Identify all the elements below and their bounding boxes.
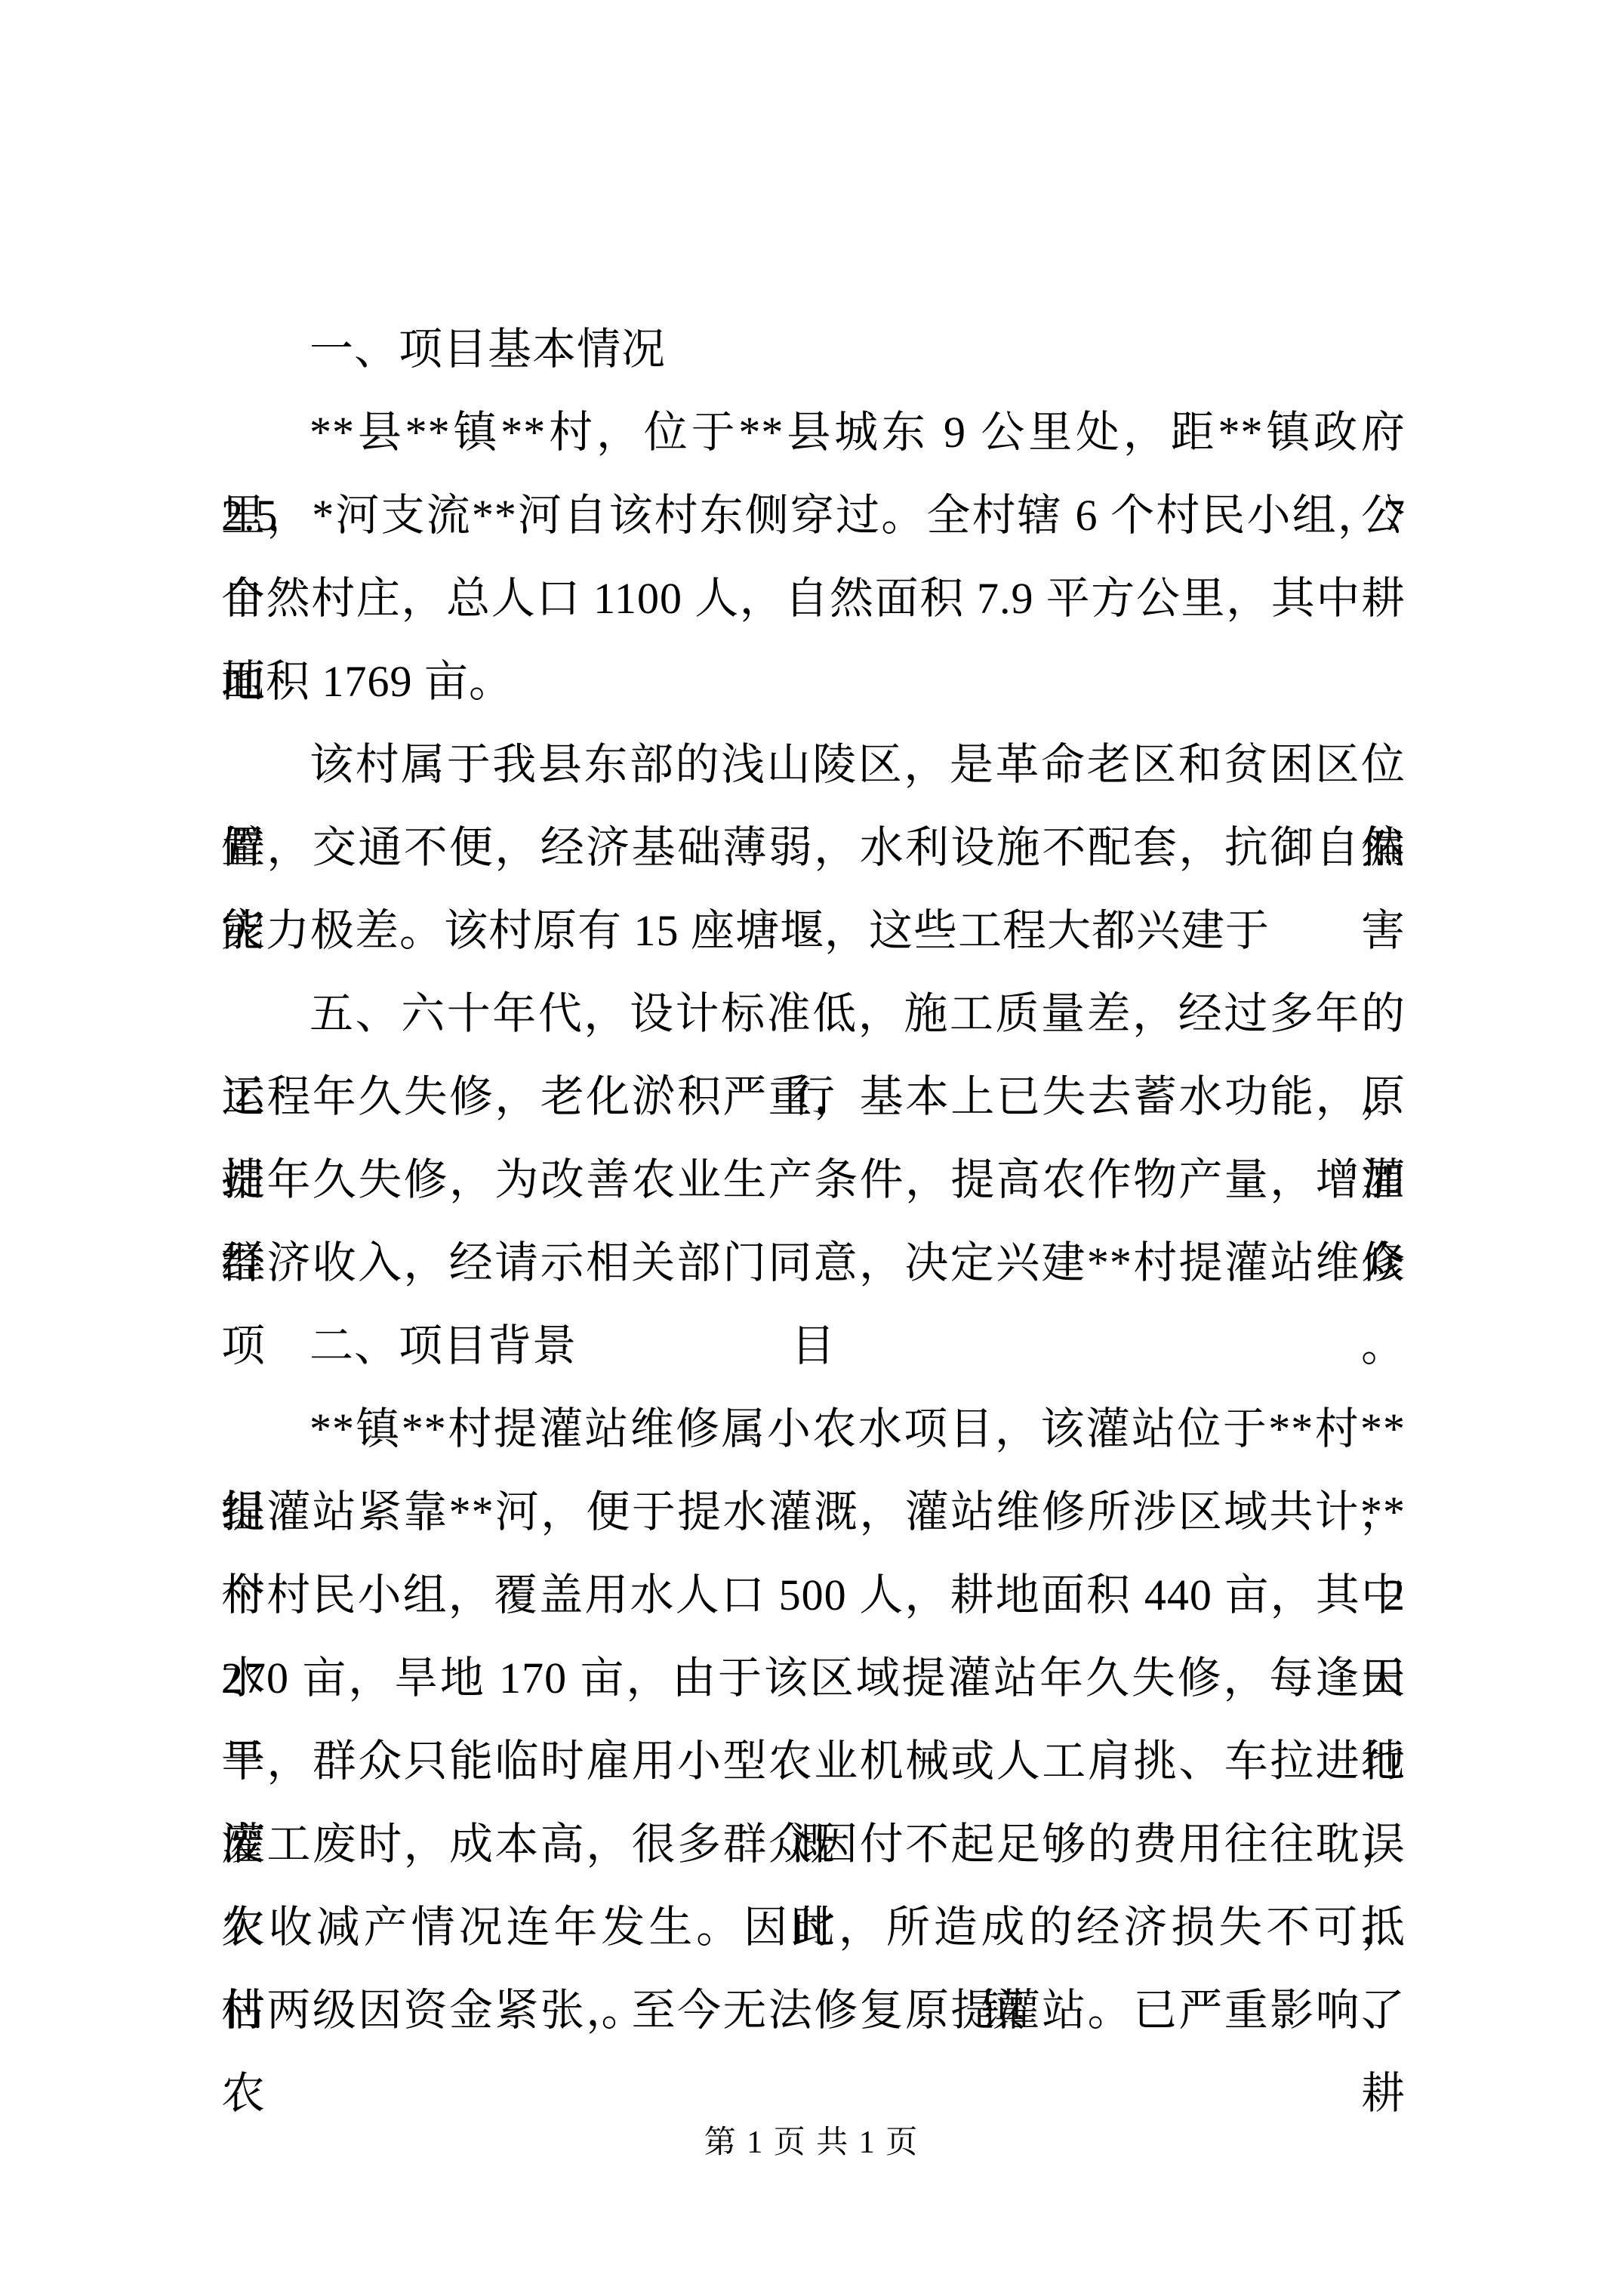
document-line: 五、六十年代，设计标准低，施工质量差，经过多年的运行，	[221, 972, 1406, 1056]
document-line: **镇**村提灌站维修属小农水项目，该灌站位于**村**组，	[221, 1388, 1406, 1471]
document-line: 村两级因资金紧张，至今无法修复原提灌站。已严重影响了农耕	[221, 1969, 1406, 2052]
document-line: 废工废时，成本高，很多群众因付不起足够的费用往往耽误农时，	[221, 1803, 1406, 1886]
document-line: 面积 1769 亩。	[221, 640, 1406, 723]
page-footer: 第 1 页 共 1 页	[0, 2123, 1623, 2162]
document-line: 该村属于我县东部的浅山陵区，是革命老区和贫困区位置偏	[221, 723, 1406, 806]
document-line: 270 亩，旱地 170 亩，由于该区域提灌站年久失修，每逢天干地	[221, 1637, 1406, 1720]
document-line: 里，*河支流**河自该村东侧穿过。全村辖 6 个村民小组，7 个	[221, 474, 1406, 557]
document-line: 工程年久失修，老化淤积严重，基本上已失去蓄水功能，原提灌	[221, 1056, 1406, 1139]
document-line: 能力极差。该村原有 15 座塘堰，这些工程大都兴建于	[221, 889, 1406, 972]
document-line: 自然村庄，总人口 1100 人，自然面积 7.9 平方公里，其中耕地	[221, 557, 1406, 640]
document-body: 一、项目基本情况**县**镇**村，位于**县城东 9 公里处，距**镇政府 2…	[221, 308, 1406, 2052]
document-page: 一、项目基本情况**县**镇**村，位于**县城东 9 公里处，距**镇政府 2…	[0, 0, 1623, 2296]
document-line: 僻，交通不便，经济基础薄弱，水利设施不配套，抗御自然灾害	[221, 806, 1406, 889]
document-line: **县**镇**村，位于**县城东 9 公里处，距**镇政府 2.5 公	[221, 391, 1406, 474]
document-line: 提灌站紧靠**河，便于提水灌溉，灌站维修所涉区域共计**村 2	[221, 1471, 1406, 1554]
document-line: 经济收入，经请示相关部门同意，决定兴建**村提灌站维修项目。	[221, 1222, 1406, 1305]
document-line: 站年久失修，为改善农业生产条件，提高农作物产量，增加群众	[221, 1139, 1406, 1222]
document-line: 一、项目基本情况	[221, 308, 1406, 391]
document-line: 欠收减产情况连年发生。因此，所造成的经济损失不可抵估。镇、	[221, 1886, 1406, 1969]
document-line: 个村民小组，覆盖用水人口 500 人，耕地面积 440 亩，其中水田	[221, 1554, 1406, 1637]
document-line: 旱，群众只能临时雇用小型农业机械或人工肩挑、车拉进行灌溉，	[221, 1720, 1406, 1803]
